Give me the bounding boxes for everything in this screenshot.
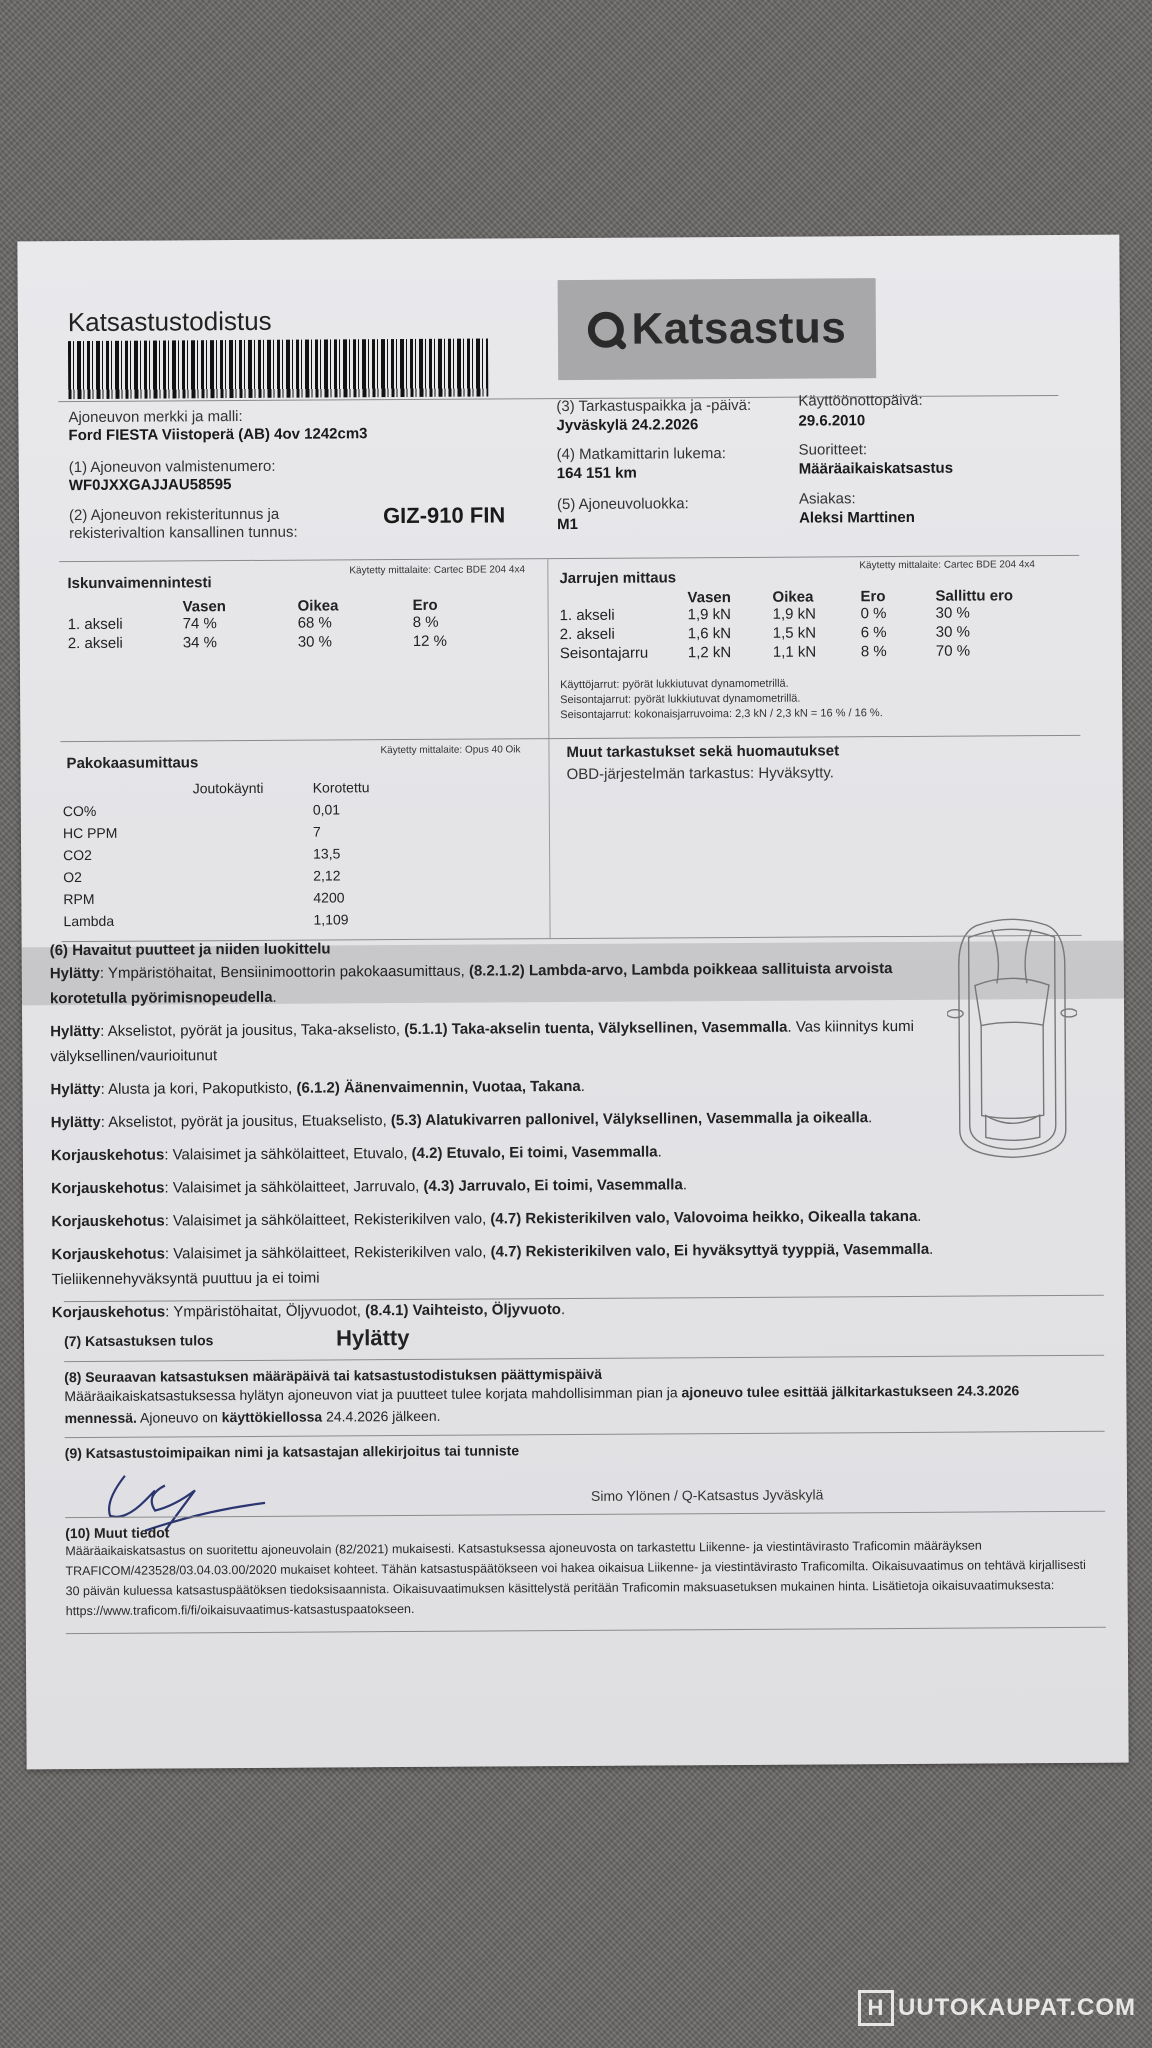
make-model-label: Ajoneuvon merkki ja malli:	[68, 408, 242, 426]
table-row: CO213,5	[63, 843, 463, 867]
brand-logo: Katsastus	[558, 278, 877, 380]
shock-test-table: Vasen Oikea Ero 1. akseli74 %68 %8 % 2. …	[68, 597, 468, 654]
brake-test-title: Jarrujen mittaus	[559, 569, 676, 587]
table-row: CO%0,01	[63, 799, 463, 823]
intro-date: 29.6.2010	[798, 412, 865, 429]
vehicle-class: M1	[557, 516, 578, 533]
performed: Määräaikaiskatsastus	[799, 460, 953, 478]
odometer-label: (4) Matkamittarin lukema:	[557, 445, 726, 463]
exhaust-test-table: Joutokäynti Korotettu CO%0,01 HC PPM7 CO…	[63, 777, 464, 933]
defect-item: Korjauskehotus: Valaisimet ja sähkölaitt…	[51, 1237, 951, 1292]
defect-item: Korjauskehotus: Valaisimet ja sähkölaitt…	[51, 1138, 951, 1168]
make-model: Ford FIESTA Viistoperä (AB) 4ov 1242cm3	[68, 425, 367, 444]
table-row: 1. akseli74 %68 %8 %	[68, 614, 468, 635]
customer: Aleksi Marttinen	[799, 509, 915, 527]
divider	[65, 1431, 1105, 1438]
place-date: Jyväskylä 24.2.2026	[556, 416, 698, 434]
defect-item: Hylätty: Akselistot, pyörät ja jousitus,…	[51, 1105, 951, 1135]
reg-label-1: (2) Ajoneuvon rekisteritunnus ja	[69, 506, 279, 524]
place-label: (3) Tarkastuspaikka ja -päivä:	[556, 397, 751, 415]
vin: WF0JXXGAJJAU58595	[69, 476, 232, 494]
brand-name: Katsastus	[631, 303, 846, 354]
customer-label: Asiakas:	[799, 490, 856, 507]
brake-test-table: Vasen Oikea Ero Sallittu ero 1. akseli1,…	[559, 587, 1059, 664]
intro-date-label: Käyttöönottopäivä:	[798, 392, 922, 410]
performed-label: Suoritteet:	[799, 441, 867, 458]
registration-plate: GIZ-910 FIN	[383, 502, 505, 529]
other-info: (10) Muut tiedot Määräaikaiskatsastus on…	[65, 1519, 1096, 1621]
table-row: Lambda1,109	[63, 909, 463, 933]
table-row: RPM4200	[63, 887, 463, 911]
odometer: 164 151 km	[557, 465, 637, 482]
exhaust-device: Käytetty mittalaite: Opus 40 Oik	[380, 744, 520, 756]
table-row: HC PPM7	[63, 821, 463, 845]
exhaust-test-title: Pakokaasumittaus	[66, 754, 198, 772]
next-inspection: (8) Seuraavan katsastuksen määräpäivä ta…	[64, 1363, 1024, 1429]
shock-test-title: Iskunvaimennintesti	[67, 574, 211, 592]
brake-device: Käytetty mittalaite: Cartec BDE 204 4x4	[859, 559, 1035, 571]
defect-item: Hylätty: Akselistot, pyörät ja jousitus,…	[50, 1014, 950, 1069]
divider	[64, 1355, 1104, 1362]
other-checks-title: Muut tarkastukset sekä huomautukset	[566, 742, 839, 761]
defect-item: Hylätty: Ympäristöhaitat, Bensiinimootto…	[50, 956, 950, 1011]
class-label: (5) Ajoneuvoluokka:	[557, 495, 689, 513]
defect-item: Korjauskehotus: Valaisimet ja sähkölaitt…	[51, 1204, 951, 1234]
table-row: O22,12	[63, 865, 463, 889]
watermark-text: UUTOKAUPAT.COM	[898, 1994, 1136, 2022]
magnifier-q-icon	[587, 312, 623, 348]
document-title: Katsastustodistus	[68, 306, 272, 338]
result-value: Hylätty	[336, 1325, 410, 1351]
inspector-name: Simo Ylönen / Q-Katsastus Jyväskylä	[591, 1486, 823, 1503]
other-checks-text: OBD-järjestelmän tarkastus: Hyväksytty.	[567, 764, 834, 783]
shock-device: Käytetty mittalaite: Cartec BDE 204 4x4	[349, 564, 525, 576]
watermark: H UUTOKAUPAT.COM	[858, 1990, 1136, 2026]
brake-notes: Käyttöjarrut: pyörät lukkiutuvat dynamom…	[560, 676, 883, 723]
defect-item: Korjauskehotus: Valaisimet ja sähkölaitt…	[51, 1171, 951, 1201]
table-row: 2. akseli34 %30 %12 %	[68, 633, 468, 654]
inspection-certificate: Katsastustodistus Katsastus Ajoneuvon me…	[17, 235, 1128, 1770]
divider	[60, 735, 1080, 742]
defects-list: (6) Havaitut puutteet ja niiden luokitte…	[50, 936, 952, 1333]
defect-item: Hylätty: Alusta ja kori, Pakoputkisto, (…	[50, 1072, 950, 1102]
vin-label: (1) Ajoneuvon valmistenumero:	[69, 458, 276, 476]
divider	[66, 1627, 1106, 1634]
reg-label-2: rekisterivaltion kansallinen tunnus:	[69, 524, 298, 542]
car-top-view-icon	[946, 915, 1077, 1161]
table-row: Seisontajarru1,2 kN1,1 kN8 %70 %	[560, 642, 1060, 664]
result-label: (7) Katsastuksen tulos	[64, 1332, 213, 1349]
cube-h-icon: H	[858, 1990, 894, 2026]
column-divider	[547, 558, 550, 938]
barcode	[68, 339, 488, 400]
